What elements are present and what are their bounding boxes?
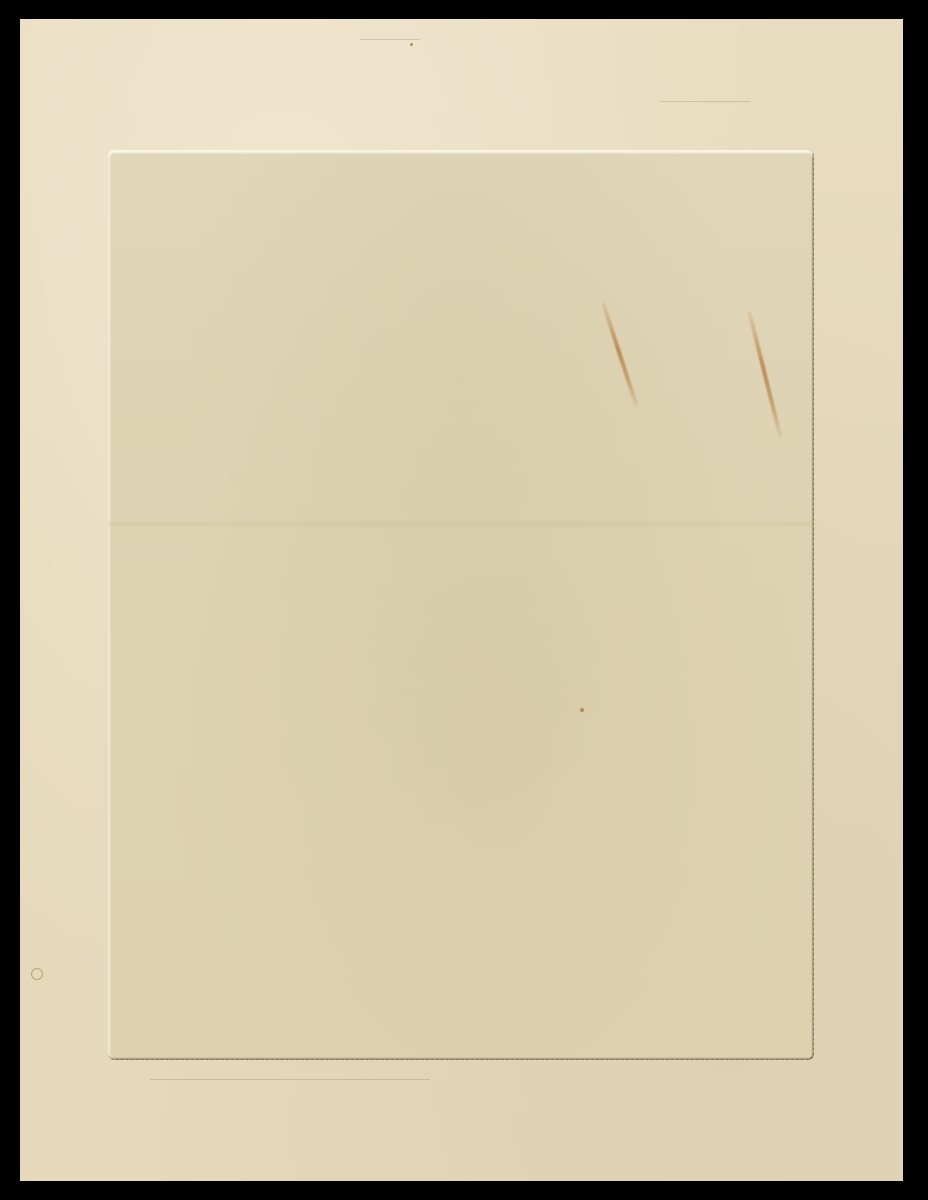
paper-speck [410, 43, 413, 46]
fold-line [108, 520, 814, 528]
faint-pencil-mark [660, 101, 750, 102]
plate-mark [108, 150, 814, 1060]
rust-stain-right [747, 311, 782, 438]
faint-pencil-mark [150, 1079, 430, 1080]
paper-sheet [20, 19, 903, 1181]
rust-stain-left [601, 302, 639, 408]
ring-mark [31, 968, 43, 980]
paper-speck [580, 708, 584, 712]
faint-pencil-mark [360, 39, 420, 40]
